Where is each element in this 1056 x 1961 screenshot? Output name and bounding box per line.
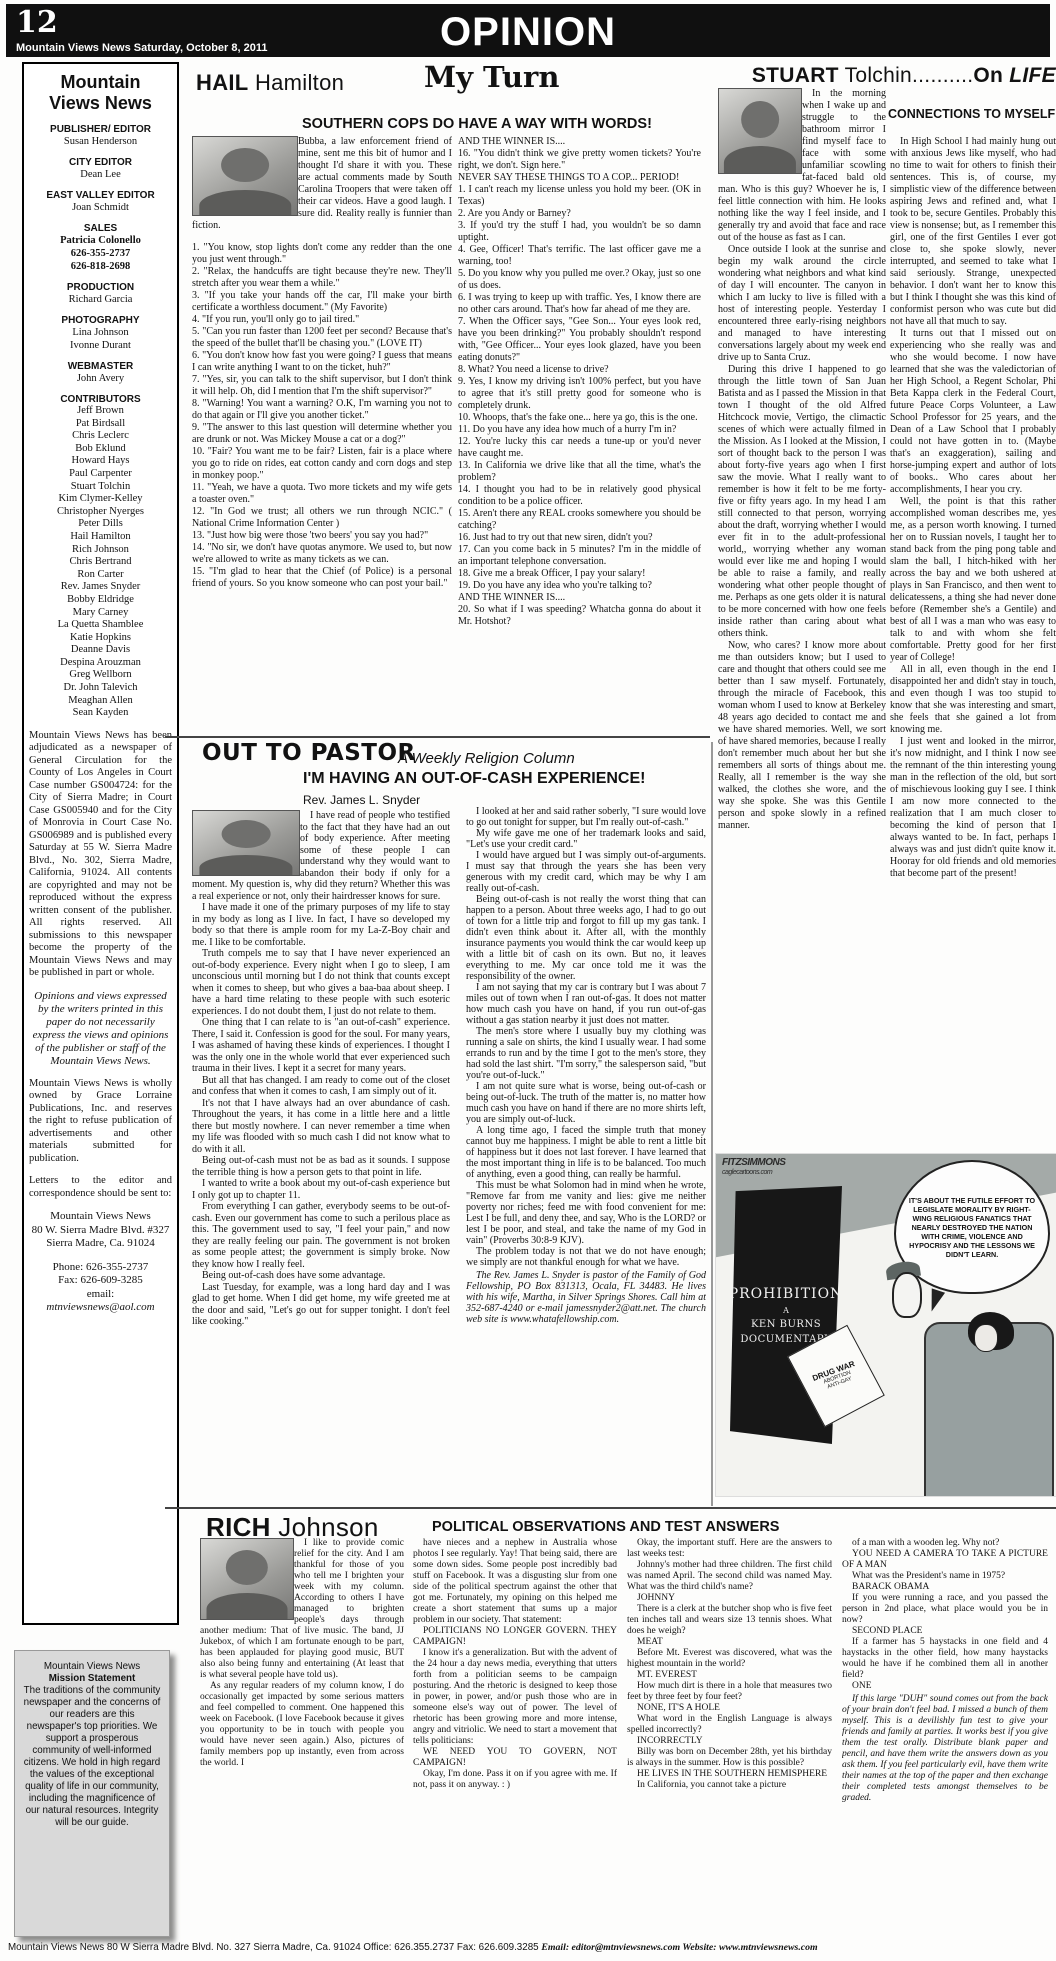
list-item: 19. Do you have any idea who you're talk… bbox=[458, 580, 701, 592]
contributor-name: Greg Wellborn bbox=[29, 669, 172, 682]
list-item: 13. In California we drive like that all… bbox=[458, 460, 701, 484]
paragraph: Being out-of-cash is not really the wors… bbox=[466, 894, 706, 982]
hail-hamilton-kicker: HAIL Hamilton bbox=[196, 70, 344, 96]
staff-name: Patricia Colonello bbox=[29, 234, 172, 247]
rich-col4-paragraphs: of a man with a wooden leg. Why not?YOU … bbox=[842, 1538, 1048, 1692]
list-item: 12. You're lucky this car needs a tune-u… bbox=[458, 436, 701, 460]
staff-name: 626-355-2737 bbox=[29, 247, 172, 260]
staff-names: John Avery bbox=[29, 372, 172, 385]
woman-face-drawing bbox=[974, 1324, 998, 1352]
paragraph: Last Tuesday, for example, was a long ha… bbox=[192, 1282, 450, 1328]
staff-role: CITY EDITOR bbox=[29, 157, 172, 168]
paragraph: The men's store where I usually buy my c… bbox=[466, 1026, 706, 1081]
list-item: 16. "You didn't think we give pretty wom… bbox=[458, 148, 701, 172]
footer-website: www.mtnviewsnews.com bbox=[719, 1942, 818, 1953]
section-title: OPINION bbox=[6, 10, 1050, 55]
section-divider bbox=[165, 736, 710, 738]
staff-names: Dean Lee bbox=[29, 168, 172, 181]
list-item: 2. Are you Andy or Barney? bbox=[458, 208, 701, 220]
list-item: 6. I was trying to keep up with traffic.… bbox=[458, 292, 701, 316]
contributor-name: Christopher Nyerges bbox=[29, 506, 172, 519]
contributor-name: La Quetta Shamblee bbox=[29, 619, 172, 632]
trooper-quotes-list: 1. "You know, stop lights don't come any… bbox=[192, 242, 452, 590]
mission-heading: Mission Statement bbox=[21, 1673, 163, 1685]
stuart-headline: CONNECTIONS TO MYSELF bbox=[888, 107, 1055, 121]
paragraph: POLITICIANS NO LONGER GOVERN. THEY CAMPA… bbox=[413, 1626, 617, 1648]
never-say-list: AND THE WINNER IS....16. "You didn't thi… bbox=[458, 136, 701, 628]
list-item: 17. Can you come back in 5 minutes? I'm … bbox=[458, 544, 701, 568]
rich-closing-note: If this large "DUH" sound comes out from… bbox=[842, 1694, 1048, 1804]
paragraph: But all that has changed. I am ready to … bbox=[192, 1075, 450, 1098]
mission-org: Mountain Views News bbox=[21, 1661, 163, 1673]
footer-website-label: Website: bbox=[680, 1942, 719, 1953]
fax-number: Fax: 626-609-3285 bbox=[29, 1274, 172, 1288]
list-item: 15. "I'm glad to hear that the Chief (of… bbox=[192, 566, 452, 590]
staff-role: SALES bbox=[29, 223, 172, 234]
contributor-name: Rev. James Snyder bbox=[29, 581, 172, 594]
paragraph: JOHNNY bbox=[627, 1593, 832, 1604]
paragraph: of a man with a wooden leg. Why not? bbox=[842, 1538, 1048, 1549]
mailing-address: Mountain Views News80 W. Sierra Madre Bl… bbox=[29, 1210, 172, 1251]
paragraph: Okay, I'm done. Pass it on if you agree … bbox=[413, 1769, 617, 1791]
staff-names: Patricia Colonello626-355-2737626-818-26… bbox=[29, 234, 172, 273]
staff-role: PRODUCTION bbox=[29, 282, 172, 293]
paragraph: I just went and looked in the mirror, it… bbox=[890, 736, 1056, 880]
pastor-byline: Rev. James L. Snyder bbox=[303, 793, 420, 807]
contributor-name: Pat Birdsall bbox=[29, 418, 172, 431]
pastor-col2-paragraphs: I looked at her and said rather soberly,… bbox=[466, 806, 706, 1268]
stuart-tolchin-photo bbox=[718, 88, 802, 174]
contributor-name: Peter Dills bbox=[29, 518, 172, 531]
pastor-headline: I'M HAVING AN OUT-OF-CASH EXPERIENCE! bbox=[303, 770, 645, 788]
paragraph: Billy was born on December 28th, yet his… bbox=[627, 1747, 832, 1769]
staff-name: Joan Schmidt bbox=[29, 201, 172, 214]
address-line: 80 W. Sierra Madre Blvd. #327 bbox=[29, 1224, 172, 1238]
staff-name: Richard Garcia bbox=[29, 293, 172, 306]
paragraph: Once outside I look at the sunrise and b… bbox=[718, 244, 886, 364]
paragraph: I wanted to write a book about my out-of… bbox=[192, 1178, 450, 1201]
page-header: 12 Mountain Views News Saturday, October… bbox=[6, 4, 1050, 57]
contact-block: Phone: 626-355-2737 Fax: 626-609-3285 em… bbox=[29, 1261, 172, 1315]
legal-notice: Mountain Views News has been adjudicated… bbox=[29, 730, 172, 980]
contributor-name: Ron Carter bbox=[29, 569, 172, 582]
list-item: 6. "You don't know how fast you were goi… bbox=[192, 350, 452, 374]
paragraph: I have made it one of the primary purpos… bbox=[192, 902, 450, 948]
list-item: 1. "You know, stop lights don't come any… bbox=[192, 242, 452, 266]
paragraph: I looked at her and said rather soberly,… bbox=[466, 806, 706, 828]
author-last-name: Tolchin.......... bbox=[839, 64, 974, 87]
list-item: 11. "Yeah, we have a quota. Two more tic… bbox=[192, 482, 452, 506]
list-item: 11. Do you have any idea how much of a h… bbox=[458, 424, 701, 436]
paragraph: INCORRECTLY bbox=[627, 1736, 832, 1747]
paragraph: What was the President's name in 1975? bbox=[842, 1571, 1048, 1582]
list-item: 7. When the Officer says, "Gee Son... Yo… bbox=[458, 316, 701, 364]
staff-names: Joan Schmidt bbox=[29, 201, 172, 214]
paragraph: A long time ago, I faced the simple trut… bbox=[466, 1125, 706, 1180]
list-item: 14. I thought you had to be in relativel… bbox=[458, 484, 701, 508]
paper-title: Mountain Views News bbox=[37, 72, 164, 114]
rich-column-2: have nieces and a nephew in Australia wh… bbox=[413, 1538, 617, 1950]
contributor-name: Hail Hamilton bbox=[29, 531, 172, 544]
pastor-section-subtitle: A Weekly Religion Column bbox=[398, 750, 575, 767]
page-footer: Mountain Views News 80 W Sierra Madre Bl… bbox=[8, 1942, 1052, 1953]
editorial-cartoon: FITZSIMMONS caglecartoons.com PROHIBITIO… bbox=[715, 1153, 1056, 1497]
paragraph: One thing that I can relate to is "an ou… bbox=[192, 1017, 450, 1075]
paragraph: I am not saying that my car is contrary … bbox=[466, 982, 706, 1026]
list-item: 9. "The answer to this last question wil… bbox=[192, 422, 452, 446]
paragraph: Truth compels me to say that I have neve… bbox=[192, 948, 450, 1017]
paragraph: Well, the point is that this rather acco… bbox=[890, 496, 1056, 664]
paragraph: From everything I can gather, everybody … bbox=[192, 1201, 450, 1270]
contributor-name: Dr. John Talevich bbox=[29, 682, 172, 695]
paragraph: How much dirt is there in a hole that me… bbox=[627, 1681, 832, 1703]
staff-role: PUBLISHER/ EDITOR bbox=[29, 124, 172, 135]
author-first-name: STUART bbox=[752, 64, 839, 87]
rich-column-3: Okay, the important stuff. Here are the … bbox=[627, 1538, 832, 1950]
my-turn-title: My Turn bbox=[424, 60, 559, 94]
list-item: 1. I can't reach my license unless you h… bbox=[458, 184, 701, 208]
contributor-name: Despina Arouzman bbox=[29, 657, 172, 670]
list-item: 20. So what if I was speeding? Whatcha g… bbox=[458, 604, 701, 628]
paragraph: I am not quite sure what is worse, being… bbox=[466, 1081, 706, 1125]
contributor-name: Jeff Brown bbox=[29, 405, 172, 418]
footer-address: Mountain Views News 80 W Sierra Madre Bl… bbox=[8, 1942, 541, 1953]
pastor-section-title: OUT TO PASTOR bbox=[202, 740, 416, 766]
paragraph: It's not that I have always had an over … bbox=[192, 1098, 450, 1156]
contributor-name: Kim Clymer-Kelley bbox=[29, 493, 172, 506]
cartoon-credit-url: caglecartoons.com bbox=[722, 1168, 785, 1178]
list-item: 7. "Yes, sir, you can talk to the shift … bbox=[192, 374, 452, 398]
staff-name: 626-818-2698 bbox=[29, 260, 172, 273]
paragraph: My wife gave me one of her trademark loo… bbox=[466, 828, 706, 850]
list-item: 15. Aren't there any REAL crooks somewhe… bbox=[458, 508, 701, 532]
contributor-name: Rich Johnson bbox=[29, 544, 172, 557]
list-item: 18. Give me a break Officer, I pay your … bbox=[458, 568, 701, 580]
paragraph: In High School I had mainly hung out wit… bbox=[890, 136, 1056, 328]
paragraph: HE LIVES IN THE SOUTHERN HEMISPHERE bbox=[627, 1769, 832, 1780]
paragraph: Johnny's mother had three children. The … bbox=[627, 1560, 832, 1593]
staff-names: Richard Garcia bbox=[29, 293, 172, 306]
list-item: NEVER SAY THESE THINGS TO A COP... PERIO… bbox=[458, 172, 701, 184]
rich-col2-paragraphs: have nieces and a nephew in Australia wh… bbox=[413, 1538, 617, 1791]
paragraph: ONE bbox=[842, 1681, 1048, 1692]
rich-column-1: I like to provide comic relief for the c… bbox=[200, 1538, 404, 1950]
contributor-name: Bob Eklund bbox=[29, 443, 172, 456]
paragraph: Before Mt. Everest was discovered, what … bbox=[627, 1648, 832, 1670]
column-on: On bbox=[973, 64, 1009, 87]
column-life: LIFE bbox=[1009, 64, 1056, 87]
man-head-drawing bbox=[892, 1272, 922, 1318]
email-address: mtnviewsnews@aol.com bbox=[29, 1301, 172, 1315]
staff-names: Susan Henderson bbox=[29, 135, 172, 148]
contributor-name: Mary Carney bbox=[29, 607, 172, 620]
pastor-bio: The Rev. James L. Snyder is pastor of th… bbox=[466, 1270, 706, 1325]
rich-headline: POLITICAL OBSERVATIONS AND TEST ANSWERS bbox=[432, 1519, 779, 1535]
rich-col3-paragraphs: Okay, the important stuff. Here are the … bbox=[627, 1538, 832, 1791]
paragraph: In California, you cannot take a picture bbox=[627, 1780, 832, 1791]
staff-name: Lina Johnson bbox=[29, 326, 172, 339]
list-item: 13. "Just how big were those 'two beers'… bbox=[192, 530, 452, 542]
masthead-sidebar: Mountain Views News PUBLISHER/ EDITOR Su… bbox=[22, 62, 179, 1625]
stuart-col1-paragraphs: In the morning when I wake up and strugg… bbox=[718, 88, 886, 832]
poster-line: KEN BURNS bbox=[751, 1319, 821, 1330]
contributor-name: Deanne Davis bbox=[29, 644, 172, 657]
paragraph: Being out-of-cash must not be as bad as … bbox=[192, 1155, 450, 1178]
contributor-name: Katie Hopkins bbox=[29, 632, 172, 645]
letters-notice: Letters to the editor and correspondence… bbox=[29, 1175, 172, 1200]
staff-role: EAST VALLEY EDITOR bbox=[29, 190, 172, 201]
paragraph: As any regular readers of my column know… bbox=[200, 1681, 404, 1769]
list-item: 12. "In God we trust; all others we run … bbox=[192, 506, 452, 530]
staff-block: PUBLISHER/ EDITOR Susan Henderson CITY E… bbox=[29, 124, 172, 385]
paragraph: MT. EVEREST bbox=[627, 1670, 832, 1681]
list-item: 5. "Can you run faster than 1200 feet pe… bbox=[192, 326, 452, 350]
paragraph: WE NEED YOU TO GOVERN, NOT CAMPAIGN! bbox=[413, 1747, 617, 1769]
paragraph: The problem today is not that we do not … bbox=[466, 1246, 706, 1268]
pastor-col1-paragraphs: I have read of people who testified to t… bbox=[192, 810, 450, 1328]
contributor-name: Chris Leclerc bbox=[29, 430, 172, 443]
paragraph: YOU NEED A CAMERA TO TAKE A PICTURE OF A… bbox=[842, 1549, 1048, 1571]
list-item: 8. What? You need a license to drive? bbox=[458, 364, 701, 376]
contributors-label: CONTRIBUTORS bbox=[29, 394, 172, 405]
paragraph: This must be what Solomon had in mind wh… bbox=[466, 1180, 706, 1246]
contributor-name: Bobby Eldridge bbox=[29, 594, 172, 607]
pastor-column-1: I have read of people who testified to t… bbox=[192, 810, 450, 1507]
stuart-column-1: In the morning when I wake up and strugg… bbox=[718, 88, 886, 1138]
paragraph: SECOND PLACE bbox=[842, 1626, 1048, 1637]
staff-role: PHOTOGRAPHY bbox=[29, 315, 172, 326]
mission-body: The traditions of the community newspape… bbox=[21, 1685, 163, 1829]
list-item: 10. Whoops, that's the fake one... here … bbox=[458, 412, 701, 424]
author-first-name: HAIL bbox=[196, 70, 249, 95]
paragraph: Okay, the important stuff. Here are the … bbox=[627, 1538, 832, 1560]
email-label: email: bbox=[29, 1288, 172, 1302]
paragraph: Being out-of-cash does have some advanta… bbox=[192, 1270, 450, 1282]
paragraph: What word in the English Language is alw… bbox=[627, 1714, 832, 1736]
paragraph: have nieces and a nephew in Australia wh… bbox=[413, 1538, 617, 1626]
list-item: 14. "No sir, we don't have quotas anymor… bbox=[192, 542, 452, 566]
paragraph: If you were running a race, and you pass… bbox=[842, 1593, 1048, 1626]
contributor-name: Meaghan Allen bbox=[29, 695, 172, 708]
speech-bubble-text: IT'S ABOUT THE FUTILE EFFORT TO LEGISLAT… bbox=[908, 1196, 1036, 1259]
address-line: Mountain Views News bbox=[29, 1210, 172, 1224]
rich-column-4: of a man with a wooden leg. Why not?YOU … bbox=[842, 1538, 1048, 1950]
ownership-notice: Mountain Views News is wholly owned by G… bbox=[29, 1078, 172, 1166]
poster-line: PROHIBITION bbox=[729, 1286, 844, 1302]
list-item: 5. Do you know why you pulled me over.? … bbox=[458, 268, 701, 292]
list-item: AND THE WINNER IS.... bbox=[458, 136, 701, 148]
phone-number: Phone: 626-355-2737 bbox=[29, 1261, 172, 1275]
list-item: 10. "Fair? You want me to be fair? Liste… bbox=[192, 446, 452, 482]
paragraph: I would have argued but I was simply out… bbox=[466, 850, 706, 894]
newspaper-page: 12 Mountain Views News Saturday, October… bbox=[0, 0, 1056, 1961]
stuart-tolchin-kicker: STUART Tolchin..........On LIFE bbox=[718, 64, 1056, 88]
list-item: 9. Yes, I know my driving isn't 100% per… bbox=[458, 376, 701, 412]
stuart-col2-paragraphs: In High School I had mainly hung out wit… bbox=[890, 136, 1056, 880]
my-turn-column-2: AND THE WINNER IS....16. "You didn't thi… bbox=[458, 136, 701, 754]
list-item: 4. Gee, Officer! That's terrific. The la… bbox=[458, 244, 701, 268]
paragraph: Now, who cares? I know more about me tha… bbox=[718, 640, 886, 832]
contributor-name: Sean Kayden bbox=[29, 707, 172, 720]
cartoonist-signature: FITZSIMMONS caglecartoons.com bbox=[722, 1158, 785, 1178]
rev-snyder-photo bbox=[192, 810, 300, 876]
author-last-name: Hamilton bbox=[249, 70, 345, 95]
contributor-name: Chris Bertrand bbox=[29, 556, 172, 569]
list-item: 16. Just had to try out that new siren, … bbox=[458, 532, 701, 544]
paragraph: All in all, even though in the end I dis… bbox=[890, 664, 1056, 736]
list-item: 8. "Warning! You want a warning? O.K, I'… bbox=[192, 398, 452, 422]
footer-email: editor@mtnviewsnews.com bbox=[572, 1942, 681, 1953]
paragraph: MEAT bbox=[627, 1637, 832, 1648]
list-item: 3. If you'd try the stuff I had, you wou… bbox=[458, 220, 701, 244]
list-item: 3. "If you take your hands off the car, … bbox=[192, 290, 452, 314]
stuart-column-2: In High School I had mainly hung out wit… bbox=[890, 136, 1056, 1138]
opinions-disclaimer: Opinions and views expressed by the writ… bbox=[29, 990, 172, 1068]
paragraph: If a farmer has 5 haystacks in one field… bbox=[842, 1637, 1048, 1681]
section-divider bbox=[165, 1507, 1056, 1509]
footer-email-label: Email: bbox=[541, 1942, 571, 1953]
list-item: 2. "Relax, the handcuffs are tight becau… bbox=[192, 266, 452, 290]
rich-johnson-photo bbox=[200, 1538, 294, 1620]
staff-name: John Avery bbox=[29, 372, 172, 385]
staff-role: WEBMASTER bbox=[29, 361, 172, 372]
list-item: AND THE WINNER IS.... bbox=[458, 592, 701, 604]
paragraph: I know it's a generalization. But with t… bbox=[413, 1648, 617, 1747]
contributor-name: Paul Carpenter bbox=[29, 468, 172, 481]
paragraph: It turns out that I missed out on experi… bbox=[890, 328, 1056, 496]
paragraph: NONE, IT'S A HOLE bbox=[627, 1703, 832, 1714]
contributor-name: Stuart Tolchin bbox=[29, 481, 172, 494]
hail-hamilton-photo bbox=[192, 136, 298, 216]
contributors-list: Jeff BrownPat BirdsallChris LeclercBob E… bbox=[29, 405, 172, 720]
staff-name: Dean Lee bbox=[29, 168, 172, 181]
address-line: Sierra Madre, Ca. 91024 bbox=[29, 1237, 172, 1251]
staff-names: Lina JohnsonIvonne Durant bbox=[29, 326, 172, 352]
column-divider bbox=[711, 742, 713, 1506]
list-item: 4. "If you run, you'll only go to jail t… bbox=[192, 314, 452, 326]
pastor-column-2: I looked at her and said rather soberly,… bbox=[466, 806, 706, 1506]
speech-bubble-tail bbox=[925, 1288, 945, 1313]
paragraph: During this drive I happened to go throu… bbox=[718, 364, 886, 640]
staff-name: Susan Henderson bbox=[29, 135, 172, 148]
staff-name: Ivonne Durant bbox=[29, 339, 172, 352]
paragraph: There is a clerk at the butcher shop who… bbox=[627, 1604, 832, 1637]
paragraph: BARACK OBAMA bbox=[842, 1582, 1048, 1593]
my-turn-headline: SOUTHERN COPS DO HAVE A WAY WITH WORDS! bbox=[302, 116, 652, 132]
my-turn-column-1: Bubba, a law enforcement friend of mine,… bbox=[192, 136, 452, 752]
mission-statement-box: Mountain Views News Mission Statement Th… bbox=[14, 1650, 170, 1937]
contributor-name: Howard Hays bbox=[29, 455, 172, 468]
poster-line: A bbox=[783, 1306, 789, 1315]
